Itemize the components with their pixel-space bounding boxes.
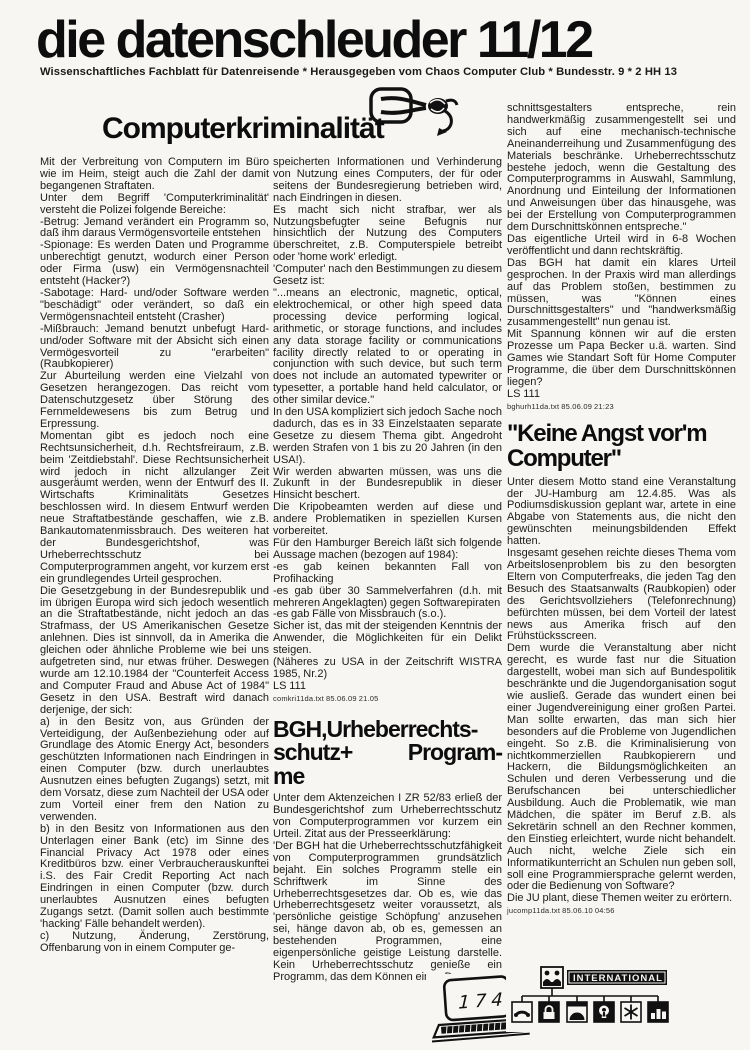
- file-stamp-line: comkri11da.txt 85.06.09 21.05: [273, 694, 502, 703]
- body-paragraph: speicherten Informationen und Verhinderu…: [273, 157, 502, 205]
- body-paragraph: LS 111: [507, 389, 736, 401]
- factory-icon: [648, 1002, 668, 1022]
- body-paragraph: "...means an electronic, magnetic, optic…: [273, 288, 502, 407]
- body-paragraph: Unter diesem Motto stand eine Veranstalt…: [507, 477, 736, 548]
- keyhole-icon: [594, 1002, 614, 1022]
- body-paragraph: -Sabotage: Hard- und/oder Software werde…: [40, 288, 269, 324]
- column-3-bottom: Unter diesem Motto stand eine Veranstalt…: [507, 477, 736, 906]
- body-paragraph: 'Der BGH hat die Urheberrechtsschutzfähi…: [273, 841, 502, 984]
- body-paragraph: -Spionage: Es werden Daten und Programme…: [40, 240, 269, 288]
- body-paragraph: -Betrug: Jemand verändert ein Programm s…: [40, 217, 269, 241]
- column-3: schnittsgestalters entspreche, rein hand…: [507, 103, 736, 915]
- meeting-icon: [541, 967, 563, 988]
- body-paragraph: (Näheres zu USA in der Zeitschrift WISTR…: [273, 657, 502, 681]
- snowflake-icon: [621, 1002, 641, 1022]
- body-paragraph: Dem wurde die Veranstaltung aber nicht g…: [507, 643, 736, 893]
- column-3-top: schnittsgestalters entspreche, rein hand…: [507, 103, 736, 401]
- page-number: 174: [458, 989, 508, 1013]
- body-paragraph: Das eigentliche Urteil wird in 6-8 Woche…: [507, 234, 736, 258]
- article-title-computerkriminalitaet: Computerkriminalität: [102, 112, 384, 146]
- body-paragraph: Das BGH hat damit ein klares Urteil gesp…: [507, 258, 736, 329]
- body-paragraph: Die JU plant, diese Themen weiter zu erö…: [507, 893, 736, 905]
- body-paragraph: -es gab keinen bekannten Fall von Profih…: [273, 562, 502, 586]
- file-stamp-line: jucomp11da.txt 85.06.10 04:56: [507, 906, 736, 915]
- body-paragraph: Unter dem Aktenzeichen I ZR 52/83 erließ…: [273, 793, 502, 841]
- body-paragraph: Mit Spannung können wir auf die ersten P…: [507, 329, 736, 389]
- body-paragraph: 'Computer' nach den Bestimmungen zu dies…: [273, 264, 502, 288]
- body-paragraph: c) Nutzung, Änderung, Zerstörung, Offenb…: [40, 931, 269, 955]
- body-paragraph: a) in den Besitz von, aus Gründen der Ve…: [40, 717, 269, 824]
- body-paragraph: Sicher ist, das mit der steigenden Kennt…: [273, 621, 502, 657]
- padlock-icon: [539, 1002, 559, 1022]
- international-chart: INTERNATIONAL: [506, 964, 680, 1032]
- article-title-keine-angst: "Keine Angst vor'mComputer": [507, 421, 736, 472]
- headline-line: Computer": [507, 446, 736, 472]
- body-paragraph: Insgesamt gesehen reichte dieses Thema v…: [507, 548, 736, 643]
- body-paragraph: -Mißbrauch: Jemand benutzt unbefugt Hard…: [40, 324, 269, 372]
- headline-line: "Keine Angst vor'm: [507, 421, 736, 447]
- dome-icon: [567, 1002, 587, 1022]
- column-2-top: speicherten Informationen und Verhinderu…: [273, 157, 502, 693]
- body-paragraph: b) in den Besitz von Informationen aus d…: [40, 824, 269, 931]
- file-stamp-line: bghurh11da.txt 85.06.09 21:23: [507, 402, 736, 411]
- article-title-bgh-urheberrechtsschutz: BGH,Urheberrechts-schutz+ Program-me: [273, 718, 502, 789]
- body-paragraph: In den USA kompliziert sich jedoch Sache…: [273, 407, 502, 467]
- body-paragraph: Momentan gibt es jedoch noch eine Rechts…: [40, 431, 269, 586]
- body-paragraph: Unter dem Begriff 'Computerkriminalität'…: [40, 193, 269, 217]
- body-paragraph: Wir werden abwarten müssen, was uns die …: [273, 467, 502, 503]
- body-paragraph: -es gab über 30 Sammelverfahren (d.h. mi…: [273, 586, 502, 610]
- body-paragraph: Es macht sich nicht strafbar, wer als Nu…: [273, 205, 502, 265]
- headline-line: me: [273, 765, 502, 789]
- column-2-bottom: Unter dem Aktenzeichen I ZR 52/83 erließ…: [273, 793, 502, 984]
- newspaper-page: die datenschleuder 11/12 Wissenschaftlic…: [0, 0, 750, 1050]
- body-paragraph: Die Kripobeamten werden auf diese und an…: [273, 502, 502, 538]
- headline-line: BGH,Urheberrechts-: [273, 718, 502, 742]
- column-1: Mit der Verbreitung von Computern im Bür…: [40, 157, 269, 955]
- body-paragraph: schnittsgestalters entspreche, rein hand…: [507, 103, 736, 234]
- international-label: INTERNATIONAL: [573, 973, 663, 984]
- body-paragraph: LS 111: [273, 681, 502, 693]
- body-paragraph: Für den Hamburger Bereich läßt sich folg…: [273, 538, 502, 562]
- masthead-title: die datenschleuder 11/12: [36, 10, 592, 70]
- headline-line: schutz+ Program-: [273, 741, 502, 765]
- body-paragraph: Die Gesetzgebung in der Bundesrepublik u…: [40, 586, 269, 717]
- column-2: speicherten Informationen und Verhinderu…: [273, 157, 502, 984]
- body-paragraph: Mit der Verbreitung von Computern im Bür…: [40, 157, 269, 193]
- masthead-subtitle: Wissenschaftliches Fachblatt für Datenre…: [40, 66, 677, 78]
- international-banner: INTERNATIONAL: [567, 970, 667, 985]
- phone-icon: [512, 1002, 532, 1022]
- body-paragraph: Zur Aburteilung werden eine Vielzahl von…: [40, 371, 269, 431]
